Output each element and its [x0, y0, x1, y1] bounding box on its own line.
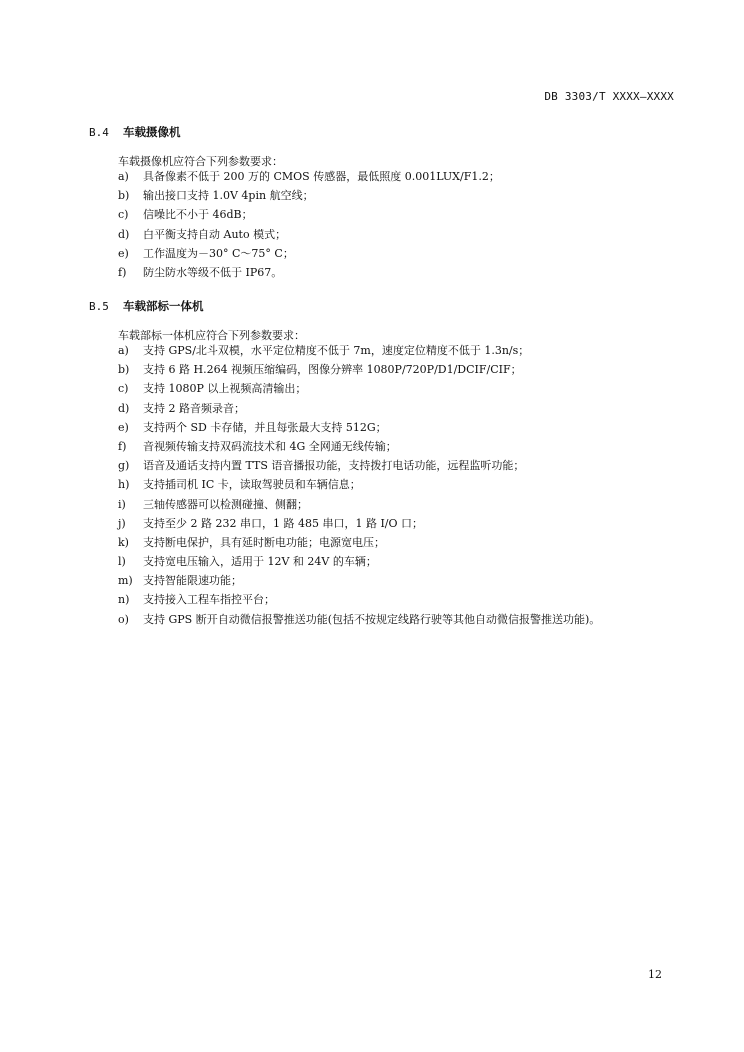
- section-heading-b5: B.5车载部标一体机: [89, 298, 204, 314]
- list-item: l)支持宽电压输入，适用于 12V 和 24V 的车辆；: [118, 552, 600, 571]
- item-marker: b): [118, 186, 143, 205]
- list-item: b)输出接口支持 1.0V 4pin 航空线；: [118, 186, 500, 205]
- item-text: 支持 GPS 断开自动微信报警推送功能(包括不按规定线路行驶等其他自动微信报警推…: [143, 610, 600, 629]
- item-text: 工作温度为－30° C～75° C；: [143, 244, 294, 263]
- item-text: 语音及通话支持内置 TTS 语音播报功能，支持拨打电话功能，远程监听功能；: [143, 456, 524, 475]
- item-marker: f): [118, 263, 143, 282]
- list-item: c)支持 1080P 以上视频高清输出；: [118, 379, 600, 398]
- section-title: 车载摄像机: [123, 125, 181, 139]
- item-marker: i): [118, 495, 143, 514]
- item-marker: a): [118, 167, 143, 186]
- list-item: g)语音及通话支持内置 TTS 语音播报功能，支持拨打电话功能，远程监听功能；: [118, 456, 600, 475]
- item-text: 支持 GPS/北斗双模，水平定位精度不低于 7m，速度定位精度不低于 1.3n/…: [143, 341, 529, 360]
- requirement-list-b4: a)具备像素不低于 200 万的 CMOS 传感器，最低照度 0.001LUX/…: [118, 167, 500, 282]
- item-marker: b): [118, 360, 143, 379]
- list-item: d)白平衡支持自动 Auto 模式；: [118, 225, 500, 244]
- item-text: 支持智能限速功能；: [143, 571, 242, 590]
- item-text: 支持接入工程车指控平台；: [143, 590, 275, 609]
- section-number: B.5: [89, 300, 123, 313]
- list-item: o)支持 GPS 断开自动微信报警推送功能(包括不按规定线路行驶等其他自动微信报…: [118, 610, 600, 629]
- list-item: e)工作温度为－30° C～75° C；: [118, 244, 500, 263]
- item-text: 音视频传输支持双码流技术和 4G 全网通无线传输；: [143, 437, 397, 456]
- section-title: 车载部标一体机: [123, 299, 204, 313]
- item-text: 支持 2 路音频录音；: [143, 399, 245, 418]
- requirement-list-b5: a)支持 GPS/北斗双模，水平定位精度不低于 7m，速度定位精度不低于 1.3…: [118, 341, 600, 629]
- item-text: 三轴传感器可以检测碰撞、侧翻；: [143, 495, 308, 514]
- item-text: 输出接口支持 1.0V 4pin 航空线；: [143, 186, 314, 205]
- item-marker: k): [118, 533, 143, 552]
- list-item: f)音视频传输支持双码流技术和 4G 全网通无线传输；: [118, 437, 600, 456]
- section-heading-b4: B.4车载摄像机: [89, 124, 181, 140]
- item-text: 支持 1080P 以上视频高清输出；: [143, 379, 306, 398]
- list-item: a)支持 GPS/北斗双模，水平定位精度不低于 7m，速度定位精度不低于 1.3…: [118, 341, 600, 360]
- item-text: 白平衡支持自动 Auto 模式；: [143, 225, 286, 244]
- item-text: 具备像素不低于 200 万的 CMOS 传感器，最低照度 0.001LUX/F1…: [143, 167, 500, 186]
- item-marker: c): [118, 205, 143, 224]
- item-text: 支持宽电压输入，适用于 12V 和 24V 的车辆；: [143, 552, 377, 571]
- list-item: d)支持 2 路音频录音；: [118, 399, 600, 418]
- list-item: n)支持接入工程车指控平台；: [118, 590, 600, 609]
- item-marker: e): [118, 418, 143, 437]
- item-marker: e): [118, 244, 143, 263]
- item-marker: j): [118, 514, 143, 533]
- item-marker: a): [118, 341, 143, 360]
- item-text: 支持 6 路 H.264 视频压缩编码，图像分辨率 1080P/720P/D1/…: [143, 360, 522, 379]
- list-item: e)支持两个 SD 卡存储，并且每张最大支持 512G；: [118, 418, 600, 437]
- item-marker: d): [118, 225, 143, 244]
- list-item: c)信噪比不小于 46dB；: [118, 205, 500, 224]
- list-item: b)支持 6 路 H.264 视频压缩编码，图像分辨率 1080P/720P/D…: [118, 360, 600, 379]
- item-text: 防尘防水等级不低于 IP67。: [143, 263, 282, 282]
- page-number: 12: [648, 968, 662, 981]
- list-item: a)具备像素不低于 200 万的 CMOS 传感器，最低照度 0.001LUX/…: [118, 167, 500, 186]
- section-number: B.4: [89, 126, 123, 139]
- item-marker: g): [118, 456, 143, 475]
- item-marker: f): [118, 437, 143, 456]
- list-item: f)防尘防水等级不低于 IP67。: [118, 263, 500, 282]
- item-marker: h): [118, 475, 143, 494]
- list-item: i)三轴传感器可以检测碰撞、侧翻；: [118, 495, 600, 514]
- list-item: j)支持至少 2 路 232 串口，1 路 485 串口，1 路 I/O 口；: [118, 514, 600, 533]
- item-marker: d): [118, 399, 143, 418]
- item-marker: c): [118, 379, 143, 398]
- item-text: 信噪比不小于 46dB；: [143, 205, 253, 224]
- item-text: 支持至少 2 路 232 串口，1 路 485 串口，1 路 I/O 口；: [143, 514, 423, 533]
- item-text: 支持两个 SD 卡存储，并且每张最大支持 512G；: [143, 418, 387, 437]
- list-item: m)支持智能限速功能；: [118, 571, 600, 590]
- list-item: h)支持插司机 IC 卡，读取驾驶员和车辆信息；: [118, 475, 600, 494]
- list-item: k)支持断电保护，具有延时断电功能；电源宽电压；: [118, 533, 600, 552]
- item-marker: o): [118, 610, 143, 629]
- item-text: 支持断电保护，具有延时断电功能；电源宽电压；: [143, 533, 385, 552]
- item-marker: m): [118, 571, 143, 590]
- document-code: DB 3303/T XXXX—XXXX: [544, 90, 674, 103]
- item-text: 支持插司机 IC 卡，读取驾驶员和车辆信息；: [143, 475, 361, 494]
- item-marker: n): [118, 590, 143, 609]
- item-marker: l): [118, 552, 143, 571]
